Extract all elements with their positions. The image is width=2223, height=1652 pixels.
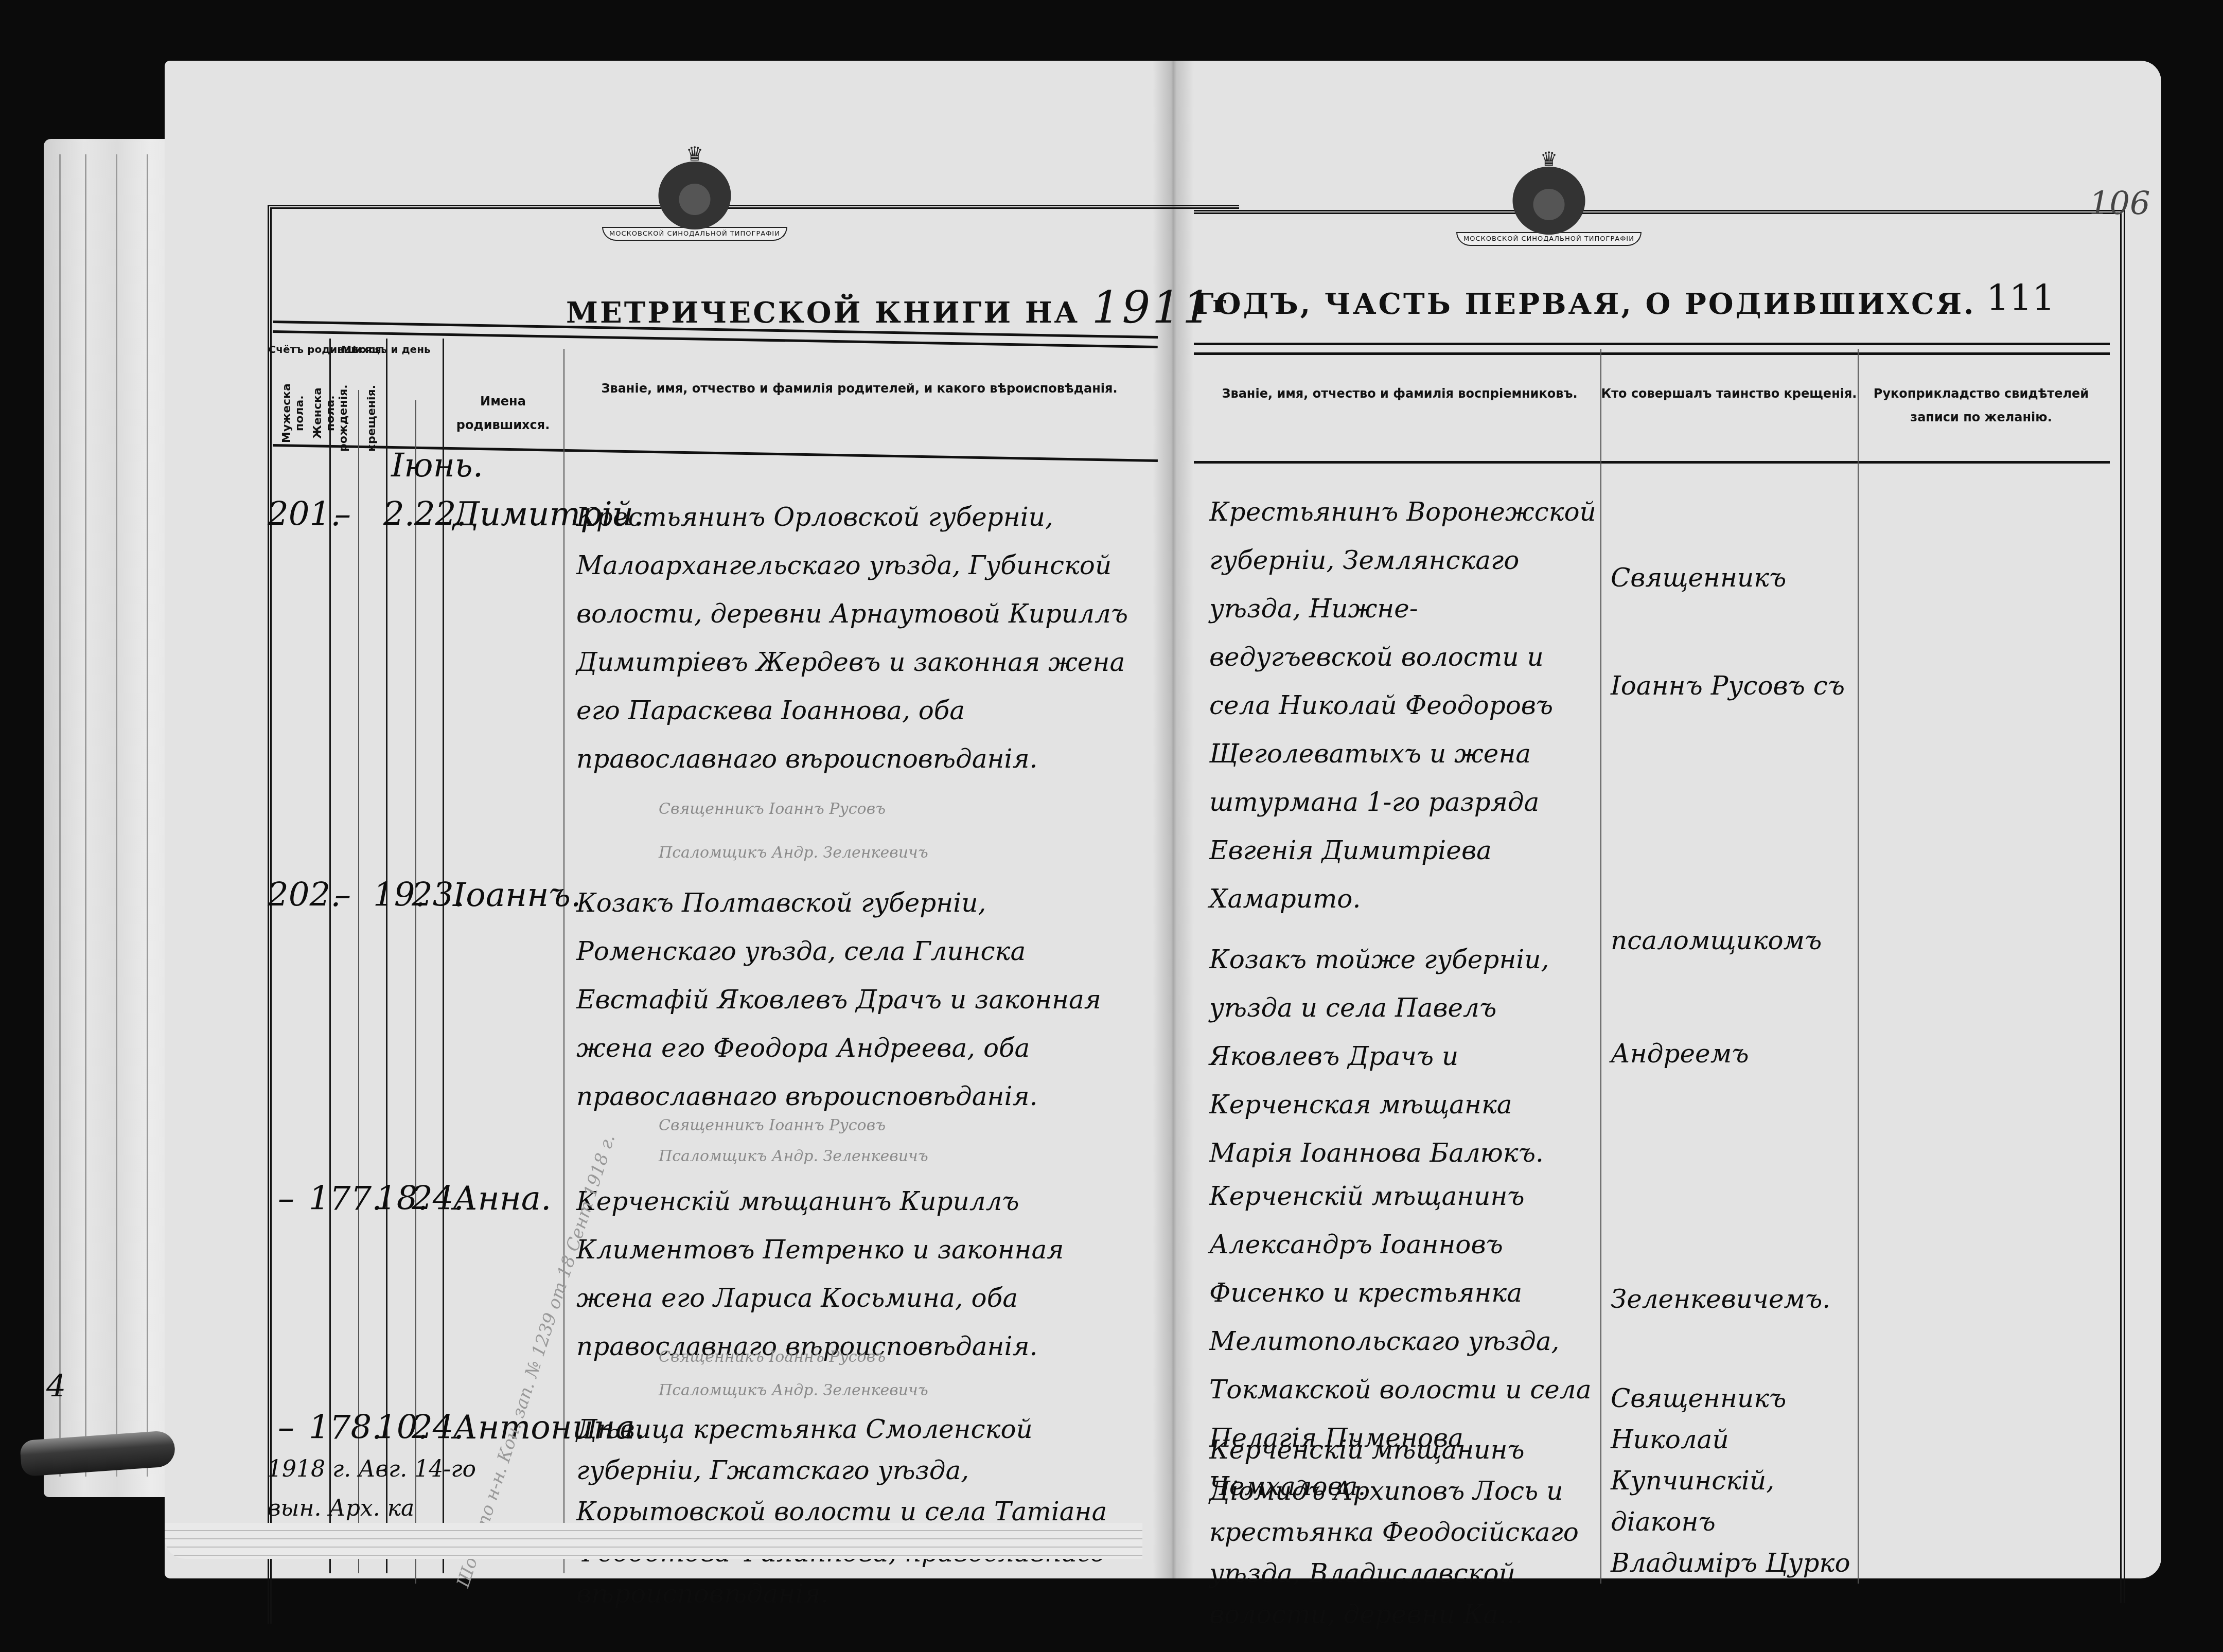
- entry-parents: Козакъ Полтавской губерніи, Роменскаго у…: [576, 879, 1148, 1121]
- margin-note-line: 1918 г. Авг. 14-го: [268, 1450, 476, 1489]
- column-header-rule-right: [1194, 461, 2110, 466]
- handwritten-folio-number: 106: [2089, 184, 2150, 222]
- header-parents: Званіе, имя, отчество и фамилія родителе…: [571, 377, 1148, 401]
- header-male: Мужеска пола.: [280, 375, 306, 452]
- page-title-left: МЕТРИЧЕСКОЙ КНИГИ НА 1911г: [566, 282, 1229, 333]
- entry-officiant: псаломщикомъ Андреемъ: [1611, 884, 1852, 1110]
- header-names: Имена родившихся.: [443, 390, 563, 437]
- entry-godparents: Крестьянинъ Воронежской губерніи, Землян…: [1209, 488, 1600, 923]
- page-edge-line: [85, 154, 86, 1477]
- title-text: МЕТРИЧЕСКОЙ КНИГИ НА: [566, 296, 1080, 330]
- header-witness-signatures: Рукоприкладство свидѣтелей записи по жел…: [1858, 382, 2105, 429]
- entry-birth-day: 2.: [383, 490, 415, 539]
- entry-child-name: Іоаннъ.: [453, 871, 581, 919]
- entry-godparents: Керченскій мѣщанинъ Діомидъ Архиповъ Лос…: [1209, 1429, 1600, 1635]
- margin-note-line: вын. Арх. ка: [268, 1489, 414, 1528]
- entry-annotation: Священникъ Іоаннъ Русовъ: [659, 799, 886, 820]
- page-stack-edge: [44, 139, 178, 1497]
- entry-female-number: 178.: [309, 1404, 382, 1452]
- entry-parents: Дѣвица крестьянка Смоленской губерніи, Г…: [576, 1409, 1148, 1614]
- entry-male-number: 202.: [268, 871, 341, 919]
- open-register-book: МОСКОВСКОЙ СИНОДАЛЬНОЙ ТИПОГРАФІИ МОСКОВ…: [165, 61, 2161, 1578]
- entry-female-number: –: [334, 871, 351, 919]
- header-female: Женска пола.: [311, 375, 337, 452]
- header-birth-date: рожденія.: [337, 390, 350, 452]
- entry-parents: Крестьянинъ Орловской губерніи, Малоарха…: [576, 493, 1148, 783]
- page-title-right: ГОДЪ, ЧАСТЬ ПЕРВАЯ, О РОДИВШИХСЯ.: [1194, 287, 1976, 321]
- entry-parents: Керченскій мѣщанинъ Кириллъ Климентовъ П…: [576, 1177, 1148, 1371]
- entry-prenote: Псаломщикъ Андр. Зеленкевичъ: [659, 843, 928, 863]
- entry-male-number: 201.: [268, 490, 341, 539]
- header-godparents: Званіе, имя, отчество и фамилія воспріем…: [1199, 382, 1600, 406]
- page-edge-line: [59, 154, 61, 1477]
- column-divider: [1600, 349, 1601, 1584]
- entry-prenote: Псаломщикъ Андр. Зеленкевичъ: [659, 1146, 928, 1167]
- header-double-rule-right: [1194, 343, 2110, 355]
- entry-male-number: –: [278, 1175, 294, 1223]
- double-headed-eagle-icon: [654, 157, 736, 234]
- entry-annotation: Священникъ Іоаннъ Русовъ: [659, 1347, 886, 1367]
- column-divider: [1858, 349, 1859, 1584]
- printed-folio-number: 111: [1986, 277, 2055, 319]
- page-edge-line: [116, 154, 117, 1477]
- curled-page-corner: [165, 1523, 1142, 1559]
- header-baptism-date: крещенія.: [365, 390, 378, 452]
- header-officiant: Кто совершалъ таинство крещенія.: [1600, 382, 1858, 406]
- entry-male-number: –: [278, 1404, 294, 1452]
- double-headed-eagle-icon: [1508, 162, 1590, 239]
- entry-officiant: Священникъ Іоаннъ Русовъ съ: [1611, 524, 1852, 740]
- entry-prenote: Псаломщикъ Андр. Зеленкевичъ: [659, 1380, 928, 1401]
- margin-number: 4: [46, 1362, 66, 1411]
- entry-officiant: Зеленкевичемъ.: [1611, 1275, 1852, 1323]
- entry-officiant: Священникъ Николай Купчинскій, діаконъ В…: [1611, 1378, 1852, 1584]
- header-month-day: Мѣсяцъ и день: [329, 341, 443, 358]
- imperial-eagle-emblem-right: МОСКОВСКОЙ СИНОДАЛЬНОЙ ТИПОГРАФІИ: [1482, 133, 1616, 246]
- column-divider: [358, 390, 359, 1573]
- entry-godparents: Козакъ тойже губерніи, уѣзда и села Паве…: [1209, 935, 1600, 1177]
- entry-child-name: Анна.: [453, 1175, 551, 1223]
- page-edge-line: [147, 154, 148, 1477]
- month-heading: Іюнь.: [391, 441, 483, 490]
- entry-annotation: Священникъ Іоаннъ Русовъ: [659, 1115, 886, 1136]
- imperial-eagle-emblem-left: МОСКОВСКОЙ СИНОДАЛЬНОЙ ТИПОГРАФІИ: [628, 128, 762, 241]
- entry-female-number: 177.: [309, 1175, 382, 1223]
- entry-female-number: –: [334, 490, 351, 539]
